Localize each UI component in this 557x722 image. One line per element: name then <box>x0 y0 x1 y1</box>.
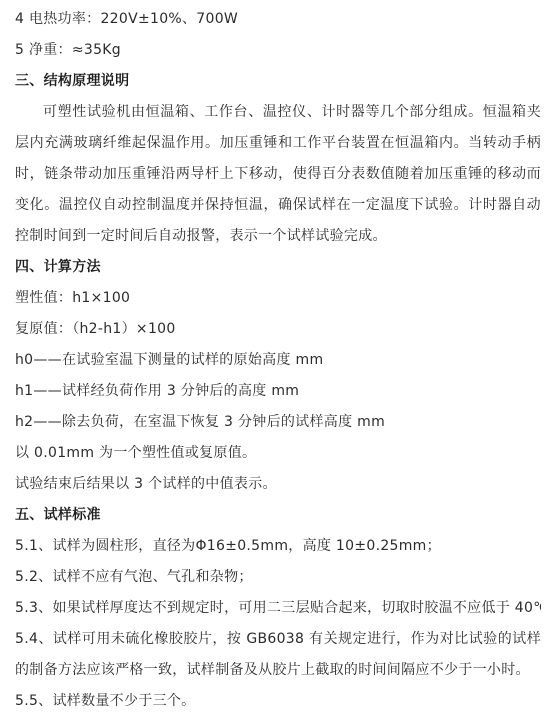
document-page: 4 电热功率：220V±10%、700W 5 净重：≈35Kg 三、结构原理说明… <box>0 0 557 722</box>
section-paragraph-structure: 可塑性试验机由恒温箱、工作台、温控仪、计时器等几个部分组成。恒温箱夹层内充满玻璃… <box>15 97 541 252</box>
standard-item-5-4: 5.4、试样可用未硫化橡胶胶片，按 GB6038 有关规定进行，作为对比试验的试… <box>15 624 541 686</box>
section-heading-calculation: 四、计算方法 <box>15 252 541 283</box>
standard-item-5-5: 5.5、试样数量不少于三个。 <box>15 686 541 717</box>
calc-line-unit: 以 0.01mm 为一个塑性值或复原值。 <box>15 438 541 469</box>
section-heading-structure: 三、结构原理说明 <box>15 66 541 97</box>
standard-item-5-1: 5.1、试样为圆柱形，直径为Φ16±0.5mm，高度 10±0.25mm； <box>15 531 541 562</box>
standard-item-5-3: 5.3、如果试样厚度达不到规定时，可用二三层贴合起来，切取时胶温不应低于 40℃… <box>15 593 541 624</box>
calc-line-h0: h0——在试验室温下测量的试样的原始高度 mm <box>15 345 541 376</box>
calc-line-h2: h2——除去负荷，在室温下恢复 3 分钟后的试样高度 mm <box>15 407 541 438</box>
spec-line-weight: 5 净重：≈35Kg <box>15 35 541 66</box>
spec-line-power: 4 电热功率：220V±10%、700W <box>15 4 541 35</box>
standard-item-5-2: 5.2、试样不应有气泡、气孔和杂物； <box>15 562 541 593</box>
calc-line-h1: h1——试样经负荷作用 3 分钟后的高度 mm <box>15 376 541 407</box>
section-heading-sample-standard: 五、试样标准 <box>15 500 541 531</box>
calc-line-recovery: 复原值：（h2-h1）×100 <box>15 314 541 345</box>
calc-line-result: 试验结束后结果以 3 个试样的中值表示。 <box>15 469 541 500</box>
calc-line-plasticity: 塑性值：h1×100 <box>15 283 541 314</box>
